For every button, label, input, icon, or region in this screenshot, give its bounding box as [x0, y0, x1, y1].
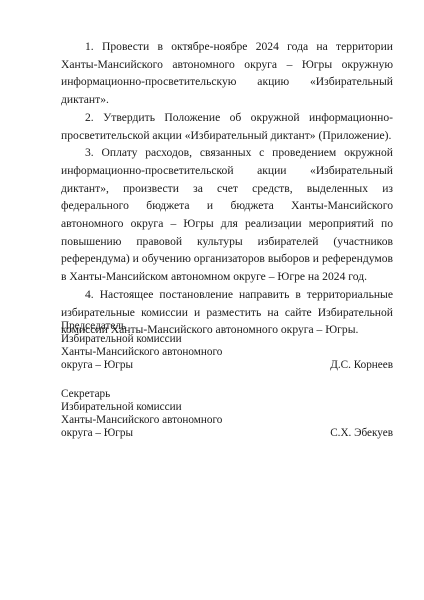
- signature-block-chairman: Председатель Избирательной комиссии Хант…: [61, 320, 393, 372]
- signer-title-line: Ханты-Мансийского автономного: [61, 414, 393, 427]
- resolution-body: 1. Провести в октябре-ноябре 2024 года н…: [61, 38, 393, 339]
- signer-title-line: округа – Югры: [61, 359, 133, 372]
- signer-name: С.Х. Эбекуев: [330, 427, 393, 440]
- signer-name: Д.С. Корнеев: [330, 359, 393, 372]
- signature-block-secretary: Секретарь Избирательной комиссии Ханты-М…: [61, 388, 393, 440]
- signer-title-line: Ханты-Мансийского автономного: [61, 346, 393, 359]
- signer-last-row: округа – Югры Д.С. Корнеев: [61, 359, 393, 372]
- signer-title-line: Избирательной комиссии: [61, 333, 393, 346]
- signer-title-line: Избирательной комиссии: [61, 401, 393, 414]
- paragraph-2: 2. Утвердить Положение об окружной инфор…: [61, 109, 393, 144]
- paragraph-1: 1. Провести в октябре-ноябре 2024 года н…: [61, 38, 393, 109]
- signer-title-line: Председатель: [61, 320, 393, 333]
- signer-title-line: Секретарь: [61, 388, 393, 401]
- signer-title-line: округа – Югры: [61, 427, 133, 440]
- document-page: 1. Провести в октябре-ноябре 2024 года н…: [0, 0, 424, 600]
- signer-last-row: округа – Югры С.Х. Эбекуев: [61, 427, 393, 440]
- paragraph-3: 3. Оплату расходов, связанных с проведен…: [61, 144, 393, 286]
